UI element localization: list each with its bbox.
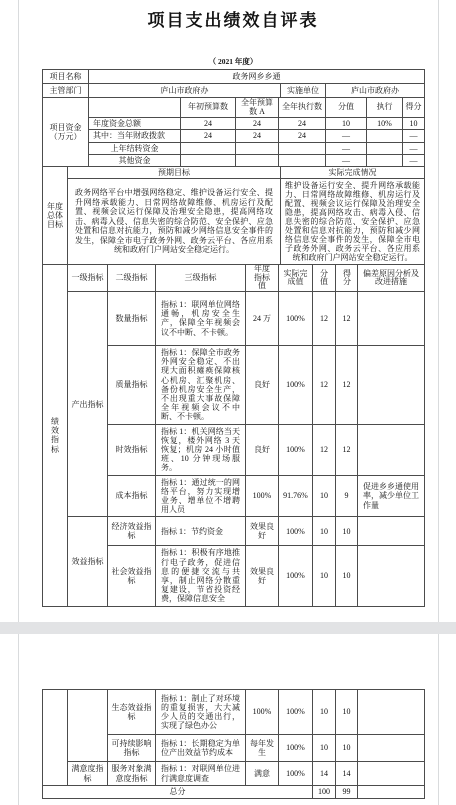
budget-row-name: 其中：当年财政拨款 — [89, 130, 181, 142]
weight-cell: 12 — [313, 345, 336, 424]
impl-unit-value: 庐山市政府办 — [326, 84, 425, 98]
target-cell: 良好 — [246, 424, 279, 475]
level2-cell: 时效指标 — [108, 424, 156, 475]
score-cell: 10 — [336, 517, 358, 546]
total-label: 总分 — [43, 786, 313, 799]
budget-row-fiscal: 其中：当年财政拨款 24 24 24 — — — [43, 130, 425, 142]
document: 项目支出绩效自评表 （ 2021 年度） 项目名称 政务网乡乡通 主管部门 庐山… — [42, 6, 424, 607]
actual-cell: 91.76% — [279, 475, 313, 517]
performance-table-page1: 绩效指标 一级指标 二级指标 三级指标 年度指标值 实际完成值 分值 得分 偏差… — [42, 264, 425, 606]
indicator-text: 指标 1：通过统一的网络平台，努力实现增业务、增单位不增聘用人员 — [156, 475, 246, 517]
perf-row-satisfaction: 满意度指标 服务对象满意度指标 指标 1：对联网单位进行满意度调查 满意 100… — [43, 762, 425, 786]
level1-benefit-continued — [68, 690, 108, 762]
score-cell: 9 — [336, 475, 358, 517]
budget-executed — [279, 154, 326, 166]
budget-score: 10 — [403, 118, 425, 130]
actual-cell: 100% — [279, 690, 313, 735]
indicator-text: 指标 1：长期稳定为单位产出效益节约成本 — [156, 735, 246, 762]
perf-row-quantity: 产出指标 数量指标 指标 1：联网单位网络通畅，机房安全生产，保障全年视频会议不… — [43, 291, 425, 345]
goals-table: 年度总体目标 预期目标 实际完成情况 政务网络平台中增强网络稳定、维护设备运行安… — [42, 166, 425, 265]
header-level1: 一级指标 — [68, 265, 108, 292]
page-left-edge-line — [18, 0, 19, 805]
expected-goal-text: 政务网络平台中增强网络稳定、维护设备运行安全、提升网络承载能力、日常网络故障维修… — [68, 179, 281, 265]
budget-row-name: 其他资金 — [89, 154, 181, 166]
perf-row-ecological: 生态效益指标 指标 1：制止了对环境的重复损害，大大减少人员的交通出行，实现了绿… — [43, 690, 425, 735]
weight-cell: 10 — [313, 735, 336, 762]
budget-exec-rate — [367, 142, 403, 154]
target-cell: 100% — [246, 475, 279, 517]
header-score: 得分 — [336, 265, 358, 292]
perf-section-label: 绩效指标 — [43, 265, 68, 606]
level2-cell: 社会效益指标 — [108, 546, 156, 606]
budget-executed: 24 — [279, 118, 326, 130]
doc-title: 项目支出绩效自评表 — [42, 6, 424, 31]
doc-year-subtitle: （ 2021 年度） — [42, 56, 424, 67]
project-name-label: 项目名称 — [43, 70, 89, 84]
header-level3: 三级指标 — [156, 265, 246, 292]
performance-table-page2: 生态效益指标 指标 1：制止了对环境的重复损害，大大减少人员的交通出行，实现了绿… — [42, 689, 425, 799]
budget-header-weight: 分值 — [326, 98, 367, 118]
score-cell: 12 — [336, 424, 358, 475]
deviation-cell — [358, 424, 425, 475]
header-annual-target: 年度指标值 — [246, 265, 279, 292]
deviation-cell — [358, 291, 425, 345]
deviation-cell — [358, 345, 425, 424]
budget-row-name: 上年结转资金 — [89, 142, 181, 154]
budget-exec-rate — [367, 154, 403, 166]
level2-cell: 数量指标 — [108, 291, 156, 345]
budget-initial — [181, 142, 236, 154]
header-weight: 分值 — [313, 265, 336, 292]
budget-exec-rate — [367, 130, 403, 142]
budget-annual: 24 — [236, 130, 279, 142]
project-name-value: 政务网乡乡通 — [89, 70, 425, 84]
target-cell: 满意 — [246, 762, 279, 786]
score-cell: 10 — [336, 546, 358, 606]
target-cell: 效果良好 — [246, 546, 279, 606]
weight-cell: 12 — [313, 291, 336, 345]
deviation-cell — [358, 735, 425, 762]
budget-initial — [181, 154, 236, 166]
score-cell: 10 — [336, 735, 358, 762]
level2-cell: 成本指标 — [108, 475, 156, 517]
budget-section-label: 项目资金（万元） — [43, 98, 89, 167]
actual-completion-header: 实际完成情况 — [281, 167, 425, 179]
level2-cell: 质量指标 — [108, 345, 156, 424]
budget-header-executed: 全年执行数 — [279, 98, 326, 118]
deviation-cell — [358, 517, 425, 546]
total-weight: 100 — [313, 786, 336, 799]
budget-exec-rate: 10% — [367, 118, 403, 130]
budget-weight: — — [326, 154, 367, 166]
level1-satisfaction: 满意度指标 — [68, 762, 108, 786]
target-cell: 效果良好 — [246, 517, 279, 546]
indicator-text: 指标 1：保障全市政务外网安全稳定、不出现大面积瘫痪保障核心机房、汇聚机房、备份… — [156, 345, 246, 424]
actual-cell: 100% — [279, 345, 313, 424]
actual-cell: 100% — [279, 424, 313, 475]
budget-weight: 10 — [326, 118, 367, 130]
weight-cell: 12 — [313, 424, 336, 475]
target-cell: 100% — [246, 690, 279, 735]
budget-header-annual: 全年预算数 A — [236, 98, 279, 118]
budget-executed: 24 — [279, 130, 326, 142]
weight-cell: 10 — [313, 690, 336, 735]
dept-value: 庐山市政府办 — [89, 84, 281, 98]
score-cell: 14 — [336, 762, 358, 786]
perf-section-continued — [43, 690, 68, 786]
indicator-text: 指标 1：机关网络当天恢复，楼外网络 3 天恢复；机房 24 小时值班、10 分… — [156, 424, 246, 475]
budget-initial: 24 — [181, 118, 236, 130]
budget-row-carryover: 上年结转资金 — — — [43, 142, 425, 154]
indicator-text: 指标 1：节约资金 — [156, 517, 246, 546]
perf-row-economic: 效益指标 经济效益指标 指标 1：节约资金 效果良好 100% 10 10 — [43, 517, 425, 546]
actual-cell: 100% — [279, 546, 313, 606]
level2-cell: 服务对象满意度指标 — [108, 762, 156, 786]
page-break-band — [0, 622, 456, 634]
budget-header-exec: 执行 — [367, 98, 403, 118]
score-cell: 12 — [336, 291, 358, 345]
target-cell: 良好 — [246, 345, 279, 424]
budget-annual: 24 — [236, 118, 279, 130]
budget-header-initial: 年初预算数 — [181, 98, 236, 118]
budget-table: 项目资金（万元） 年初预算数 全年预算数 A 全年执行数 分值 执行 得分 年度… — [42, 97, 425, 167]
deviation-cell — [358, 762, 425, 786]
level2-cell: 生态效益指标 — [108, 690, 156, 735]
deviation-cell — [358, 546, 425, 606]
budget-annual — [236, 142, 279, 154]
page-right-edge-line — [438, 0, 439, 805]
level2-cell: 经济效益指标 — [108, 517, 156, 546]
level1-benefit: 效益指标 — [68, 517, 108, 606]
budget-row-name: 年度资金总额 — [89, 118, 181, 130]
budget-header-score: 得分 — [403, 98, 425, 118]
score-cell: 10 — [336, 690, 358, 735]
score-cell: 12 — [336, 345, 358, 424]
level1-output: 产出指标 — [68, 291, 108, 516]
budget-weight: — — [326, 142, 367, 154]
budget-initial: 24 — [181, 130, 236, 142]
weight-cell: 14 — [313, 762, 336, 786]
budget-subject-header — [89, 98, 181, 118]
indicator-text: 指标 1：积极有序地推行电子政务，促进信息的便捷交流与共享，制止网络分散重复建设… — [156, 546, 246, 606]
weight-cell: 10 — [313, 546, 336, 606]
target-cell: 24 万 — [246, 291, 279, 345]
actual-cell: 100% — [279, 291, 313, 345]
goals-section-label: 年度总体目标 — [43, 167, 68, 265]
budget-executed — [279, 142, 326, 154]
dept-label: 主管部门 — [43, 84, 89, 98]
expected-goal-header: 预期目标 — [68, 167, 281, 179]
total-deviation — [358, 786, 425, 799]
budget-score: — — [403, 154, 425, 166]
actual-cell: 100% — [279, 517, 313, 546]
budget-row-other: 其他资金 — — — [43, 154, 425, 166]
level2-cell: 可持续影响指标 — [108, 735, 156, 762]
header-deviation: 偏差原因分析及改进措施 — [358, 265, 425, 292]
indicator-text: 指标 1：对联网单位进行满意度调查 — [156, 762, 246, 786]
budget-score: — — [403, 142, 425, 154]
weight-cell: 10 — [313, 517, 336, 546]
indicator-text: 指标 1：制止了对环境的重复损害，大大减少人员的交通出行，实现了绿色办公 — [156, 690, 246, 735]
deviation-cell: 促进乡乡通使用率，减少单位工作量 — [358, 475, 425, 517]
budget-row-total: 年度资金总额 24 24 24 10 10% 10 — [43, 118, 425, 130]
actual-cell: 100% — [279, 735, 313, 762]
impl-unit-label: 实施单位 — [281, 84, 326, 98]
target-cell: 每年发生 — [246, 735, 279, 762]
budget-annual — [236, 154, 279, 166]
actual-completion-text: 维护设备运行安全、提升网络承载能力、日常网络故障维修、机房运行及配置、视频会议运… — [281, 179, 425, 265]
deviation-cell — [358, 690, 425, 735]
budget-weight: — — [326, 130, 367, 142]
total-score: 99 — [336, 786, 358, 799]
indicator-text: 指标 1：联网单位网络通畅，机房安全生产，保障全年视频会议不中断、不卡顿。 — [156, 291, 246, 345]
actual-cell: 100% — [279, 762, 313, 786]
total-score-row: 总分 100 99 — [43, 786, 425, 799]
budget-score: — — [403, 130, 425, 142]
weight-cell: 10 — [313, 475, 336, 517]
header-level2: 二级指标 — [108, 265, 156, 292]
info-table: 项目名称 政务网乡乡通 主管部门 庐山市政府办 实施单位 庐山市政府办 — [42, 69, 425, 98]
header-actual-value: 实际完成值 — [279, 265, 313, 292]
